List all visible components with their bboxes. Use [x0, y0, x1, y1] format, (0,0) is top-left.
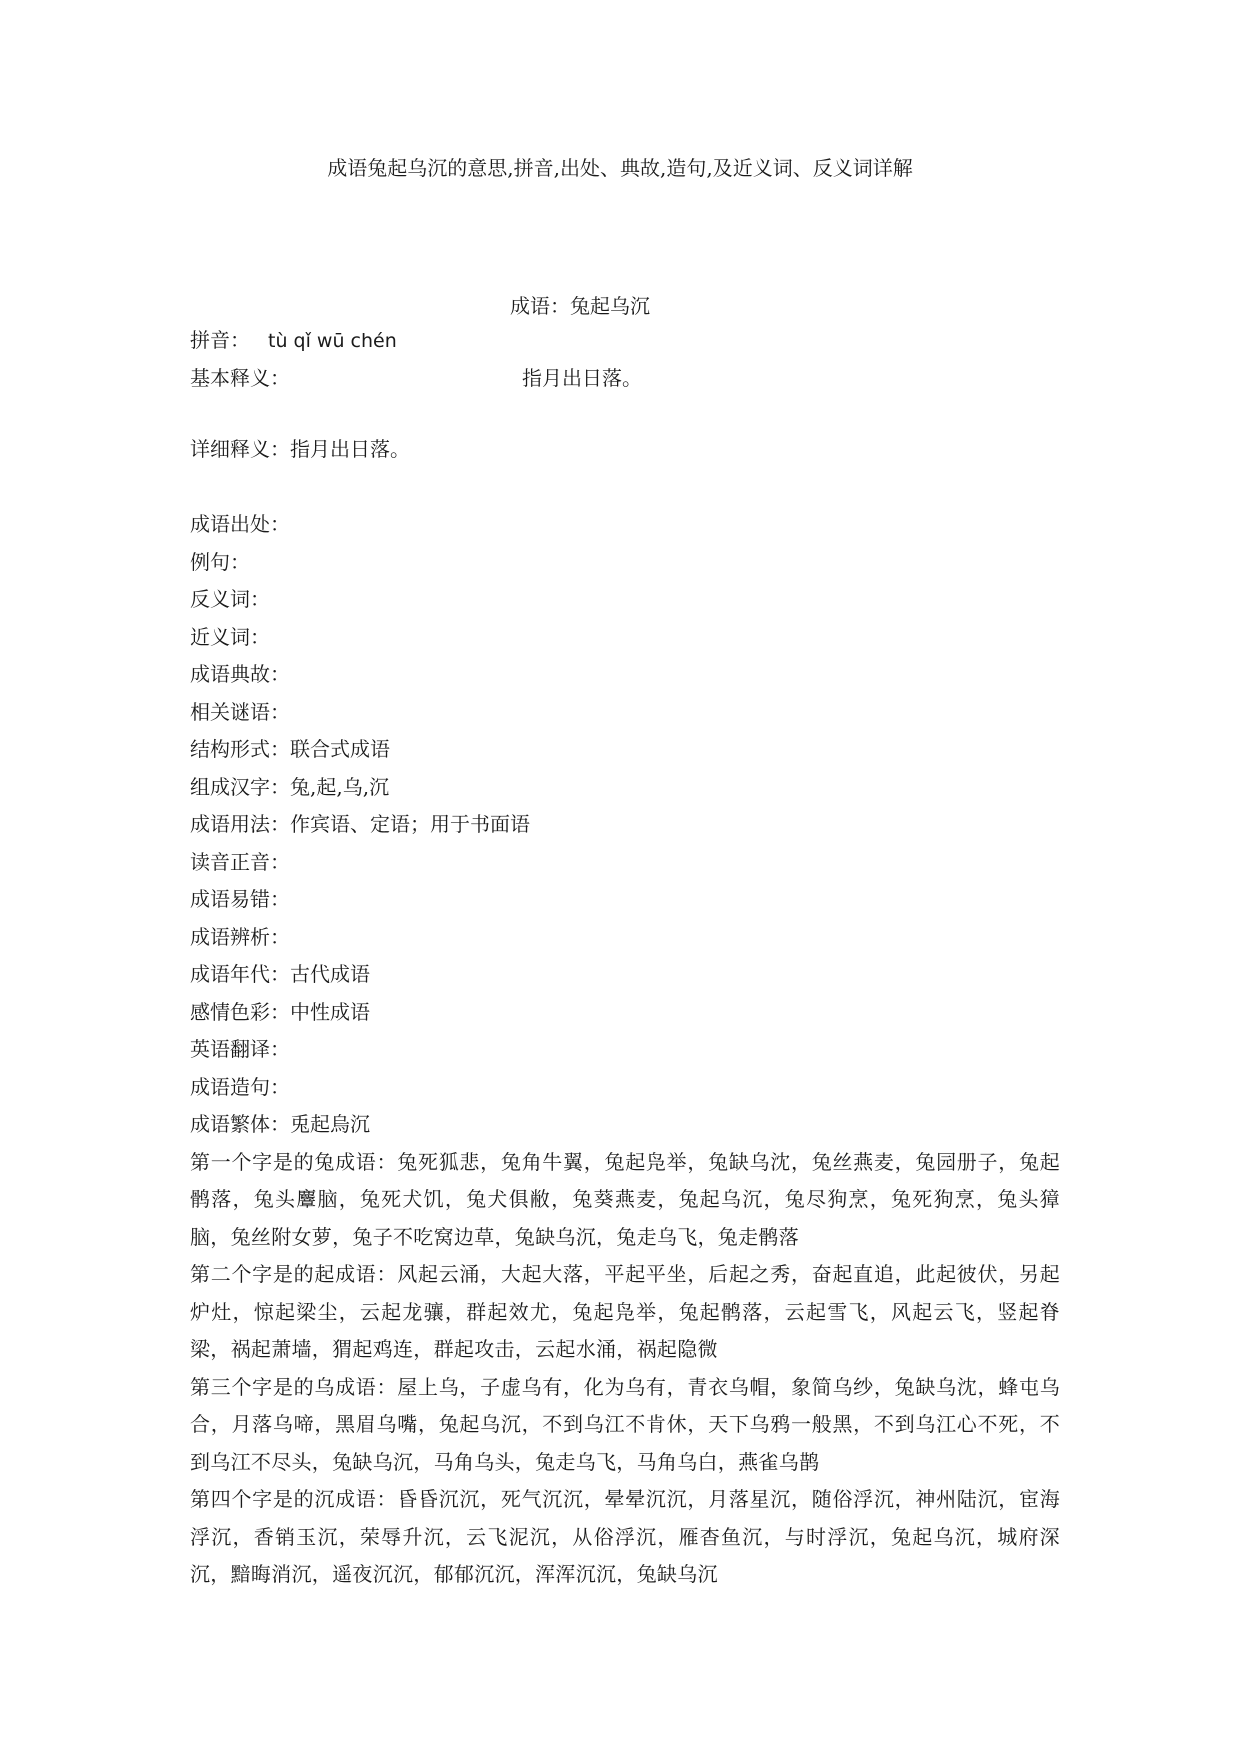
- pinyin-value: tù qǐ wū chén: [268, 330, 397, 352]
- field-discrimination: 成语辨析：: [190, 919, 1060, 957]
- field-antonym: 反义词：: [190, 581, 1060, 619]
- field-text: 近义词：: [190, 625, 270, 649]
- field-text: 联合式成语: [290, 737, 390, 761]
- field-text: 反义词：: [190, 587, 270, 611]
- field-text: 相关谜语：: [190, 700, 290, 724]
- field-english: 英语翻译：: [190, 1031, 1060, 1069]
- related-idioms-second-char: 第二个字是的起成语：风起云涌，大起大落，平起平坐，后起之秀，奋起直追，此起彼伏，…: [190, 1256, 1060, 1369]
- field-usage: 成语用法：作宾语、定语；用于书面语: [190, 806, 1060, 844]
- field-text: 成语繁体：: [190, 1112, 290, 1136]
- pinyin-label: 拼音：: [190, 328, 250, 352]
- field-text: 组成汉字：: [190, 775, 290, 799]
- field-text: 英语翻译：: [190, 1037, 290, 1061]
- field-riddle: 相关谜语：: [190, 694, 1060, 732]
- field-text: 古代成语: [290, 962, 370, 986]
- document-title: 成语兔起乌沉的意思,拼音,出处、典故,造句,及近义词、反义词详解: [0, 152, 1240, 181]
- field-source: 成语出处：: [190, 506, 1060, 544]
- field-traditional: 成语繁体：兎起烏沉: [190, 1106, 1060, 1144]
- field-synonym: 近义词：: [190, 619, 1060, 657]
- field-sentiment: 感情色彩：中性成语: [190, 994, 1060, 1032]
- field-text: 兎起烏沉: [290, 1112, 370, 1136]
- field-text: 成语造句：: [190, 1075, 290, 1099]
- field-allusion: 成语典故：: [190, 656, 1060, 694]
- field-text: 感情色彩：: [190, 1000, 290, 1024]
- field-text: 结构形式：: [190, 737, 290, 761]
- detailed-meaning: 详细释义：指月出日落。: [190, 431, 1060, 469]
- field-structure: 结构形式：联合式成语: [190, 731, 1060, 769]
- pinyin-row: 拼音：tù qǐ wū chén: [190, 322, 1060, 360]
- field-text: 成语典故：: [190, 662, 290, 686]
- field-sentence: 成语造句：: [190, 1069, 1060, 1107]
- field-text: 中性成语: [290, 1000, 370, 1024]
- field-list: 成语出处： 例句： 反义词： 近义词： 成语典故： 相关谜语： 结构形式：联合式…: [190, 506, 1060, 1594]
- field-text: 成语出处：: [190, 512, 290, 536]
- document-body: 拼音：tù qǐ wū chén 基本释义：指月出日落。: [190, 322, 1060, 397]
- field-text: 成语辨析：: [190, 925, 290, 949]
- related-idioms-fourth-char: 第四个字是的沉成语：昏昏沉沉，死气沉沉，晕晕沉沉，月落星沉，随俗浮沉，神州陆沉，…: [190, 1481, 1060, 1594]
- field-text: 成语用法：: [190, 812, 290, 836]
- field-era: 成语年代：古代成语: [190, 956, 1060, 994]
- field-common-errors: 成语易错：: [190, 881, 1060, 919]
- field-characters: 组成汉字：兔,起,乌,沉: [190, 769, 1060, 807]
- related-idioms-first-char: 第一个字是的兔成语：兔死狐悲，兔角牛翼，兔起凫举，兔缺乌沈，兔丝燕麦，兔园册子，…: [190, 1144, 1060, 1257]
- idiom-heading: 成语：兔起乌沉: [0, 290, 1160, 319]
- field-text: 例句：: [190, 550, 250, 574]
- basic-meaning-row: 基本释义：指月出日落。: [190, 360, 1060, 398]
- basic-meaning-label: 基本释义：: [190, 366, 290, 390]
- field-example: 例句：: [190, 544, 1060, 582]
- related-idioms-third-char: 第三个字是的乌成语：屋上乌，子虚乌有，化为乌有，青衣乌帽，象简乌纱，兔缺乌沈，蜂…: [190, 1369, 1060, 1482]
- field-text: 作宾语、定语；用于书面语: [290, 812, 530, 836]
- field-text: 成语易错：: [190, 887, 290, 911]
- field-pronunciation: 读音正音：: [190, 844, 1060, 882]
- field-text: 兔,起,乌,沉: [290, 775, 389, 799]
- field-text: 成语年代：: [190, 962, 290, 986]
- field-text: 读音正音：: [190, 850, 290, 874]
- basic-meaning-value: 指月出日落。: [522, 366, 642, 390]
